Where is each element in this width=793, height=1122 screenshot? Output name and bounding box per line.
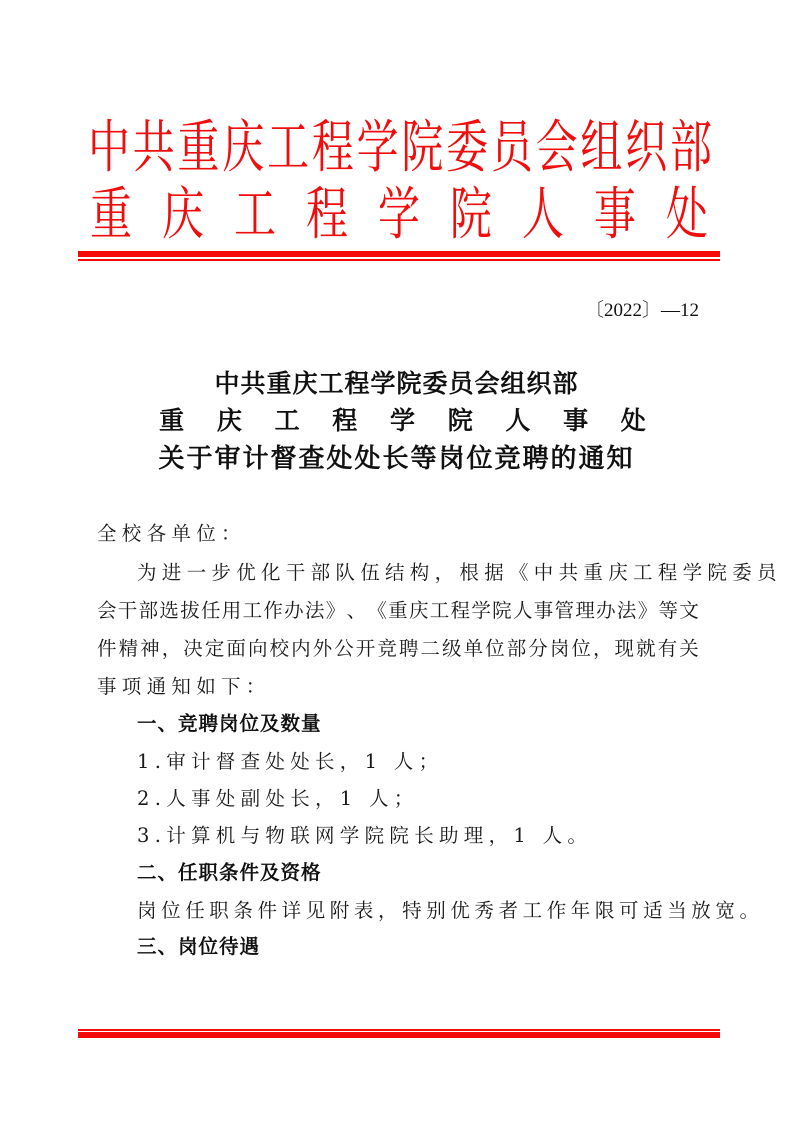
top-rule-thin: [78, 259, 720, 261]
letterhead-line-1: 中共重庆工程学院委员会组织部: [88, 119, 712, 161]
letterhead-line-2: 重庆工程学院人事处: [90, 186, 708, 228]
section-1-item-2: 2.人事处副处长，1 人；: [137, 783, 419, 811]
title-line-1: 中共重庆工程学院委员会组织部: [0, 364, 793, 400]
intro-line-4: 事项通知如下：: [97, 671, 271, 699]
title-line-2: 重 庆 工 程 学 院 人 事 处: [0, 401, 793, 437]
intro-line-3: 件精神，决定面向校内外公开竞聘二级单位部分岗位，现就有关: [97, 633, 699, 661]
intro-line-1: 为进一步优化干部队伍结构，根据《中共重庆工程学院委员: [137, 557, 782, 585]
section-heading-2: 二、任职条件及资格: [137, 857, 322, 885]
section-heading-1: 一、竞聘岗位及数量: [137, 708, 322, 736]
document-number: 〔2022〕—12: [585, 295, 699, 322]
section-heading-3: 三、岗位待遇: [137, 931, 260, 959]
bottom-rule-thin: [78, 1029, 720, 1031]
bottom-rule-thick: [78, 1032, 720, 1038]
salutation: 全校各单位：: [97, 518, 246, 546]
document-page: 中共重庆工程学院委员会组织部 重庆工程学院人事处 〔2022〕—12 中共重庆工…: [0, 0, 793, 1122]
section-1-item-3: 3.计算机与物联网学院院长助理，1 人。: [137, 820, 592, 848]
title-line-3: 关于审计督查处处长等岗位竞聘的通知: [0, 438, 793, 475]
top-rule-thick: [78, 251, 720, 257]
section-2-item-1: 岗位任职条件详见附表，特别优秀者工作年限可适当放宽。: [137, 895, 764, 923]
intro-line-2: 会干部选拔任用工作办法》、《重庆工程学院人事管理办法》等文: [97, 595, 699, 623]
section-1-item-1: 1.审计督查处处长，1 人；: [137, 746, 443, 774]
